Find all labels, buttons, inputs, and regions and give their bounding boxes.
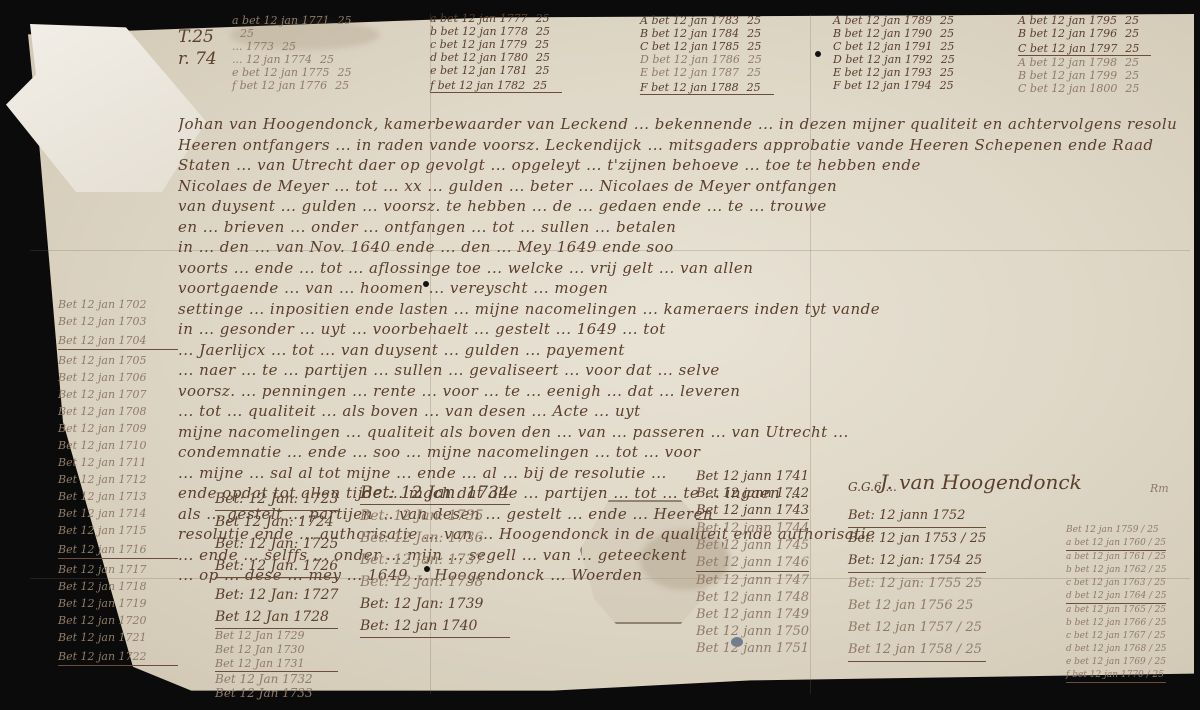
pinhole bbox=[815, 51, 821, 57]
receipts-column-1723-1733: Bet: 12 Jan: 1723 Bet 12 Jan: 1724 Bet: … bbox=[215, 488, 338, 700]
signature-tail: Rm bbox=[1150, 482, 1169, 495]
left-margin-receipts: Bet 12 jan 1702 Bet 12 jan 1703 Bet 12 j… bbox=[58, 296, 178, 668]
receipts-column-1741-1751: Bet 12 jann 1741 Bet 12 jann 1742 Bet 12… bbox=[696, 468, 809, 657]
receipts-column-1752-1758: Bet: 12 jann 1752 Bet: 12 jan 1753 / 25 … bbox=[848, 505, 986, 662]
top-ledger-3: A bet 12 jan 178325 B bet 12 jan 178425 … bbox=[640, 14, 774, 95]
top-ledger-2: a bet 12 jan 177725 b bet 12 jan 177825 … bbox=[430, 12, 562, 93]
receipts-column-1759-1770: Bet 12 jan 1759 / 25 a bet 12 jan 1760 /… bbox=[1066, 524, 1166, 683]
top-ledger-5: A bet 12 jan 179525 B bet 12 jan 179625 … bbox=[1018, 14, 1151, 95]
signature: J. van Hoogendonck bbox=[880, 470, 1082, 494]
reference-mark: T.25 r. 74 bbox=[178, 26, 217, 70]
receipts-column-1734-1740: Bet: 12 Jan. 1734 Bet: 12 Jan: 1735 Bet:… bbox=[360, 482, 510, 638]
top-ledger-4: A bet 12 jan 178925 B bet 12 jan 179025 … bbox=[833, 14, 967, 92]
top-ledger-1: a bet 12 jan 177125 25 ... 177325 ... 12… bbox=[232, 14, 364, 92]
